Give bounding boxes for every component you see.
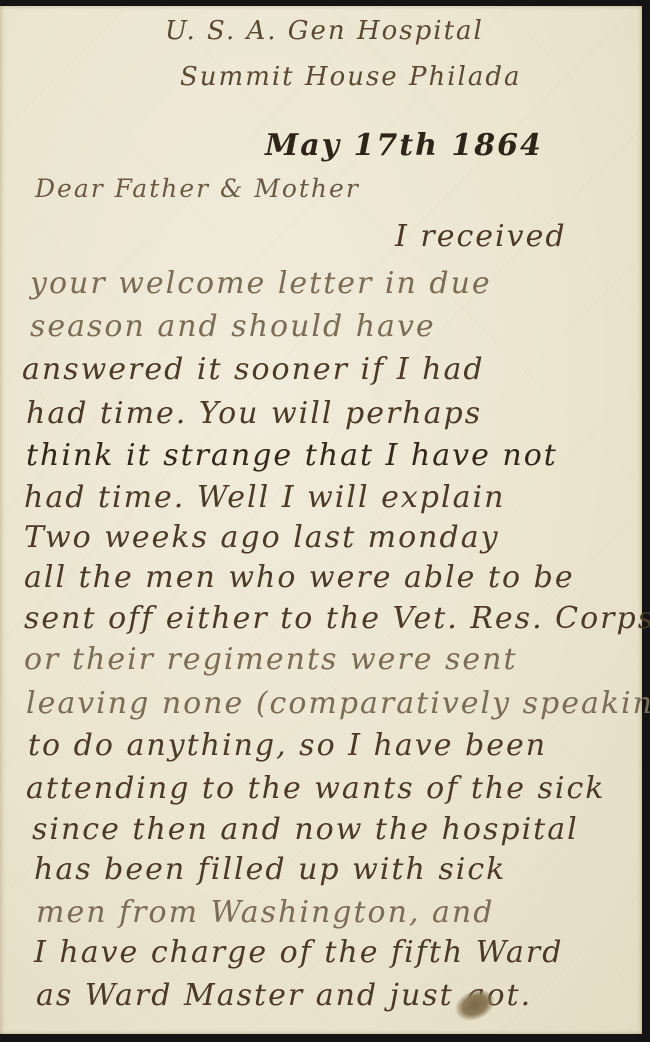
body-line-17: men from Washington, and (36, 895, 494, 930)
body-line-10: sent off either to the Vet. Res. Corps (24, 601, 650, 636)
body-line-3: season and should have (30, 309, 436, 344)
body-line-18: I have charge of the fifth Ward (34, 935, 563, 970)
salutation: Dear Father & Mother (35, 174, 360, 203)
body-line-16: has been filled up with sick (34, 852, 506, 887)
body-line-5: had time. You will perhaps (26, 396, 482, 431)
body-line-9: all the men who were able to be (24, 560, 575, 595)
body-line-12: leaving none (comparatively speaking) (26, 686, 650, 721)
body-line-7: had time. Well I will explain (24, 480, 505, 515)
body-line-13: to do anything, so I have been (28, 728, 547, 763)
body-line-15: since then and now the hospital (32, 812, 579, 847)
letterhead-line-2: Summit House Philada (180, 62, 521, 92)
body-line-6: think it strange that I have not (26, 438, 558, 473)
body-line-8: Two weeks ago last monday (24, 520, 500, 555)
body-line-2: your welcome letter in due (30, 266, 492, 301)
body-line-14: attending to the wants of the sick (26, 771, 605, 806)
letterhead-line-1: U. S. A. Gen Hospital (165, 16, 484, 46)
body-line-4: answered it sooner if I had (22, 352, 485, 387)
body-line-11: or their regiments were sent (24, 642, 518, 677)
letter-page: U. S. A. Gen Hospital Summit House Phila… (0, 6, 642, 1034)
letter-date: May 17th 1864 (265, 128, 543, 163)
body-line-1: I received (395, 219, 567, 254)
